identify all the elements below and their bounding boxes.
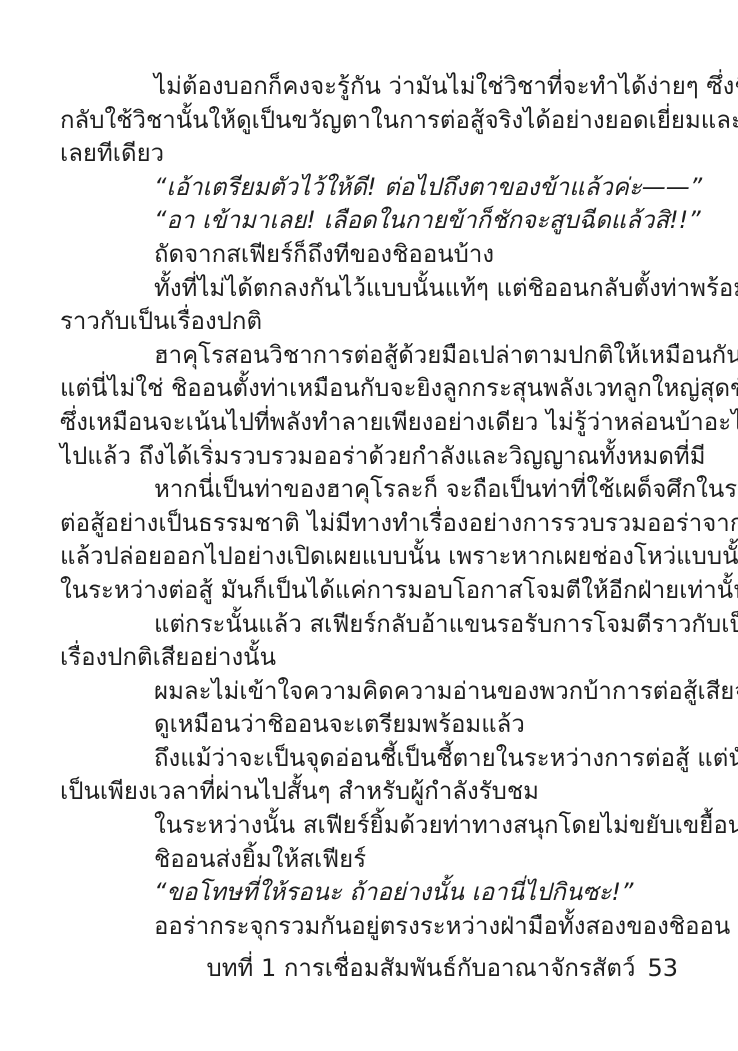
- page-footer: บทที่ 1 การเชื่อมสัมพันธ์กับอาณาจักรสัตว…: [206, 952, 678, 985]
- text-line: ราวกับเป็นเรื่องปกติ: [60, 305, 680, 339]
- text-line: แล้วปล่อยออกไปอย่างเปิดเผยแบบนั้น เพราะห…: [60, 540, 680, 574]
- text-line: ซึ่งเหมือนจะเน้นไปที่พลังทำลายเพียงอย่าง…: [60, 406, 680, 440]
- book-page: ไม่ต้องบอกก็คงจะรู้กัน ว่ามันไม่ใช่วิชาท…: [0, 0, 738, 1051]
- text-line: ไปแล้ว ถึงได้เริ่มรวบรวมออร่าด้วยกำลังแล…: [60, 440, 680, 474]
- text-line: ในระหว่างต่อสู้ มันก็เป็นได้แค่การมอบโอก…: [60, 574, 680, 608]
- footer-chapter-title: บทที่ 1 การเชื่อมสัมพันธ์กับอาณาจักรสัตว…: [206, 954, 635, 982]
- text-line: ในระหว่างนั้น สเฟียร์ยิ้มด้วยท่าทางสนุกโ…: [60, 809, 680, 843]
- text-line: ดูเหมือนว่าชิออนจะเตรียมพร้อมแล้ว: [60, 708, 680, 742]
- text-line: เป็นเพียงเวลาที่ผ่านไปสั้นๆ สำหรับผู้กำล…: [60, 775, 680, 809]
- text-line: “ขอโทษที่ให้รอนะ ถ้าอย่างนั้น เอานี่ไปกิ…: [60, 876, 680, 910]
- text-line: ถึงแม้ว่าจะเป็นจุดอ่อนชี้เป็นชี้ตายในระห…: [60, 742, 680, 776]
- text-line: ไม่ต้องบอกก็คงจะรู้กัน ว่ามันไม่ใช่วิชาท…: [60, 70, 680, 104]
- body-text: ไม่ต้องบอกก็คงจะรู้กัน ว่ามันไม่ใช่วิชาท…: [60, 70, 680, 943]
- text-line: เรื่องปกติเสียอย่างนั้น: [60, 641, 680, 675]
- text-line: ผมละไม่เข้าใจความคิดความอ่านของพวกบ้าการ…: [60, 675, 680, 709]
- text-line: “อา เข้ามาเลย! เลือดในกายข้าก็ชักจะสูบฉี…: [60, 204, 680, 238]
- text-line: หากนี่เป็นท่าของฮาคุโรละก็ จะถือเป็นท่าท…: [60, 473, 680, 507]
- text-line: ต่อสู้อย่างเป็นธรรมชาติ ไม่มีทางทำเรื่อง…: [60, 507, 680, 541]
- footer-page-number: 53: [647, 954, 678, 982]
- text-line: “เอ้าเตรียมตัวไว้ให้ดี! ต่อไปถึงตาของข้า…: [60, 171, 680, 205]
- text-line: แต่กระนั้นแล้ว สเฟียร์กลับอ้าแขนรอรับการ…: [60, 608, 680, 642]
- text-line: เลยทีเดียว: [60, 137, 680, 171]
- text-line: กลับใช้วิชานั้นให้ดูเป็นขวัญตาในการต่อสู…: [60, 104, 680, 138]
- text-line: ฮาคุโรสอนวิชาการต่อสู้ด้วยมือเปล่าตามปกต…: [60, 339, 680, 373]
- text-line: ชิออนส่งยิ้มให้สเฟียร์: [60, 843, 680, 877]
- text-line: ทั้งที่ไม่ได้ตกลงกันไว้แบบนั้นแท้ๆ แต่ชิ…: [60, 272, 680, 306]
- text-line: ออร่ากระจุกรวมกันอยู่ตรงระหว่างฝ่ามือทั้…: [60, 910, 680, 944]
- text-line: ถัดจากสเฟียร์ก็ถึงทีของชิออนบ้าง: [60, 238, 680, 272]
- text-line: แต่นี่ไม่ใช่ ชิออนตั้งท่าเหมือนกับจะยิงล…: [60, 372, 680, 406]
